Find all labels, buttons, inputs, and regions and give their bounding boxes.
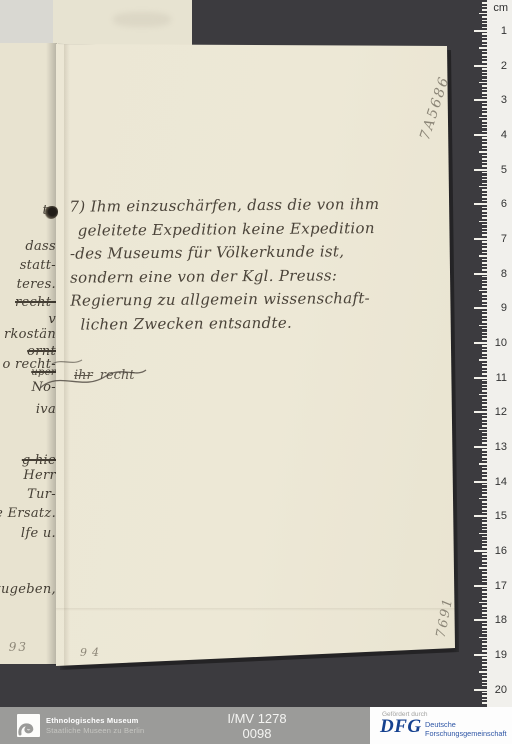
ruler-number: 11 <box>489 372 507 384</box>
ruler-tick <box>474 65 487 67</box>
ruler-tick <box>474 411 487 413</box>
cm-ruler: cm 1234567891011121314151617181920 <box>487 0 512 708</box>
ruler-tick <box>479 82 487 83</box>
ruler-number: 18 <box>489 614 507 626</box>
horizontal-crease <box>56 608 456 611</box>
ruler-tick <box>474 203 487 205</box>
ruler-unit-label: cm <box>493 2 508 14</box>
ruler-tick <box>474 30 487 32</box>
ruler-number: 14 <box>489 476 507 488</box>
ruler-tick <box>479 290 487 291</box>
ruler-tick <box>474 515 487 517</box>
ruler-number: 13 <box>489 441 507 453</box>
ruler-number: 9 <box>489 302 507 314</box>
museum-subtitle: Staatliche Museen zu Berlin <box>46 726 144 735</box>
ruler-tick <box>474 654 487 656</box>
ruler-tick <box>479 671 487 672</box>
underlying-page-top-left-tone <box>0 0 53 46</box>
ruler-tick <box>479 255 487 256</box>
ruler-number: 3 <box>489 94 507 106</box>
dfg-name-line2: Forschungsgemeinschaft <box>425 730 507 739</box>
page-number-left: 93 <box>9 640 28 654</box>
museum-name: Ethnologisches Museum <box>46 716 139 725</box>
ruler-number: 20 <box>489 684 507 696</box>
ruler-number: 6 <box>489 198 507 210</box>
ruler-tick <box>474 99 487 101</box>
manuscript-line: 7) Ihm einzuschärfen, dass die von ihm <box>69 192 455 219</box>
stray-pen-stroke <box>38 346 150 396</box>
ruler-tick <box>479 47 487 48</box>
ruler-number: 12 <box>489 406 507 418</box>
ruler-tick <box>479 359 487 360</box>
ruler-tick <box>479 498 487 499</box>
ruler-number: 15 <box>489 510 507 522</box>
ruler-number: 19 <box>489 649 507 661</box>
document-id-signature: I/MV 1278 <box>157 711 357 726</box>
ruler-tick-marks <box>474 0 487 708</box>
manuscript-line: -des Museums für Völkerkunde ist, <box>70 239 456 266</box>
ruler-tick <box>479 463 487 464</box>
ruler-tick <box>479 151 487 152</box>
ruler-number: 10 <box>489 337 507 349</box>
archive-scan-viewer: tedassstatt-teres.recht-vrkostänornto re… <box>0 0 512 744</box>
dfg-logo: DFG <box>380 716 422 738</box>
ruler-tick <box>474 446 487 448</box>
ruler-number: 2 <box>489 60 507 72</box>
underlying-page-top <box>0 0 192 46</box>
ruler-tick <box>474 377 487 379</box>
document-id: I/MV 1278 0098 <box>157 711 357 741</box>
ruler-number: 7 <box>489 233 507 245</box>
document-id-sheet: 0098 <box>157 726 357 741</box>
faint-stamp-smudge <box>113 12 171 27</box>
manuscript-line: geleitete Expedition keine Expedition <box>70 216 456 243</box>
ruler-tick <box>479 637 487 638</box>
ruler-tick <box>479 567 487 568</box>
ruler-tick <box>479 221 487 222</box>
ruler-number: 17 <box>489 580 507 592</box>
ruler-tick <box>474 585 487 587</box>
ruler-number: 8 <box>489 268 507 280</box>
page-number-main: 94 <box>80 646 104 659</box>
ruler-tick <box>479 602 487 603</box>
ruler-tick <box>474 134 487 136</box>
ruler-tick <box>474 273 487 275</box>
ruler-tick <box>474 307 487 309</box>
ruler-tick <box>474 481 487 483</box>
ruler-tick <box>474 619 487 621</box>
ruler-tick <box>479 13 487 14</box>
ruler-tick <box>474 238 487 240</box>
ruler-tick <box>479 429 487 430</box>
dfg-panel: Gefördert durch DFG Deutsche Forschungsg… <box>370 707 512 744</box>
ruler-tick <box>474 342 487 344</box>
footer-bar: Ethnologisches Museum Staatliche Museen … <box>0 707 512 744</box>
ruler-tick <box>474 169 487 171</box>
ruler-tick <box>474 550 487 552</box>
ruler-tick <box>479 117 487 118</box>
ruler-tick <box>479 394 487 395</box>
manuscript-line: sondern eine von der Kgl. Preuss: <box>70 263 456 290</box>
manuscript-paragraph: 7) Ihm einzuschärfen, dass die von ihmge… <box>69 192 456 336</box>
manuscript-line: Regierung zu allgemein wissenschaft- <box>70 286 456 313</box>
museum-logo <box>17 714 40 737</box>
ruler-tick <box>479 325 487 326</box>
manuscript-line: lichen Zwecken entsandte. <box>70 310 456 337</box>
ruler-number: 5 <box>489 164 507 176</box>
ruler-tick <box>479 186 487 187</box>
ruler-number: 16 <box>489 545 507 557</box>
ruler-number: 4 <box>489 129 507 141</box>
museum-wave-icon <box>17 714 40 737</box>
ruler-number: 1 <box>489 25 507 37</box>
ruler-tick <box>479 533 487 534</box>
dfg-full-name: Deutsche Forschungsgemeinschaft <box>425 721 507 738</box>
ruler-tick <box>474 689 487 691</box>
